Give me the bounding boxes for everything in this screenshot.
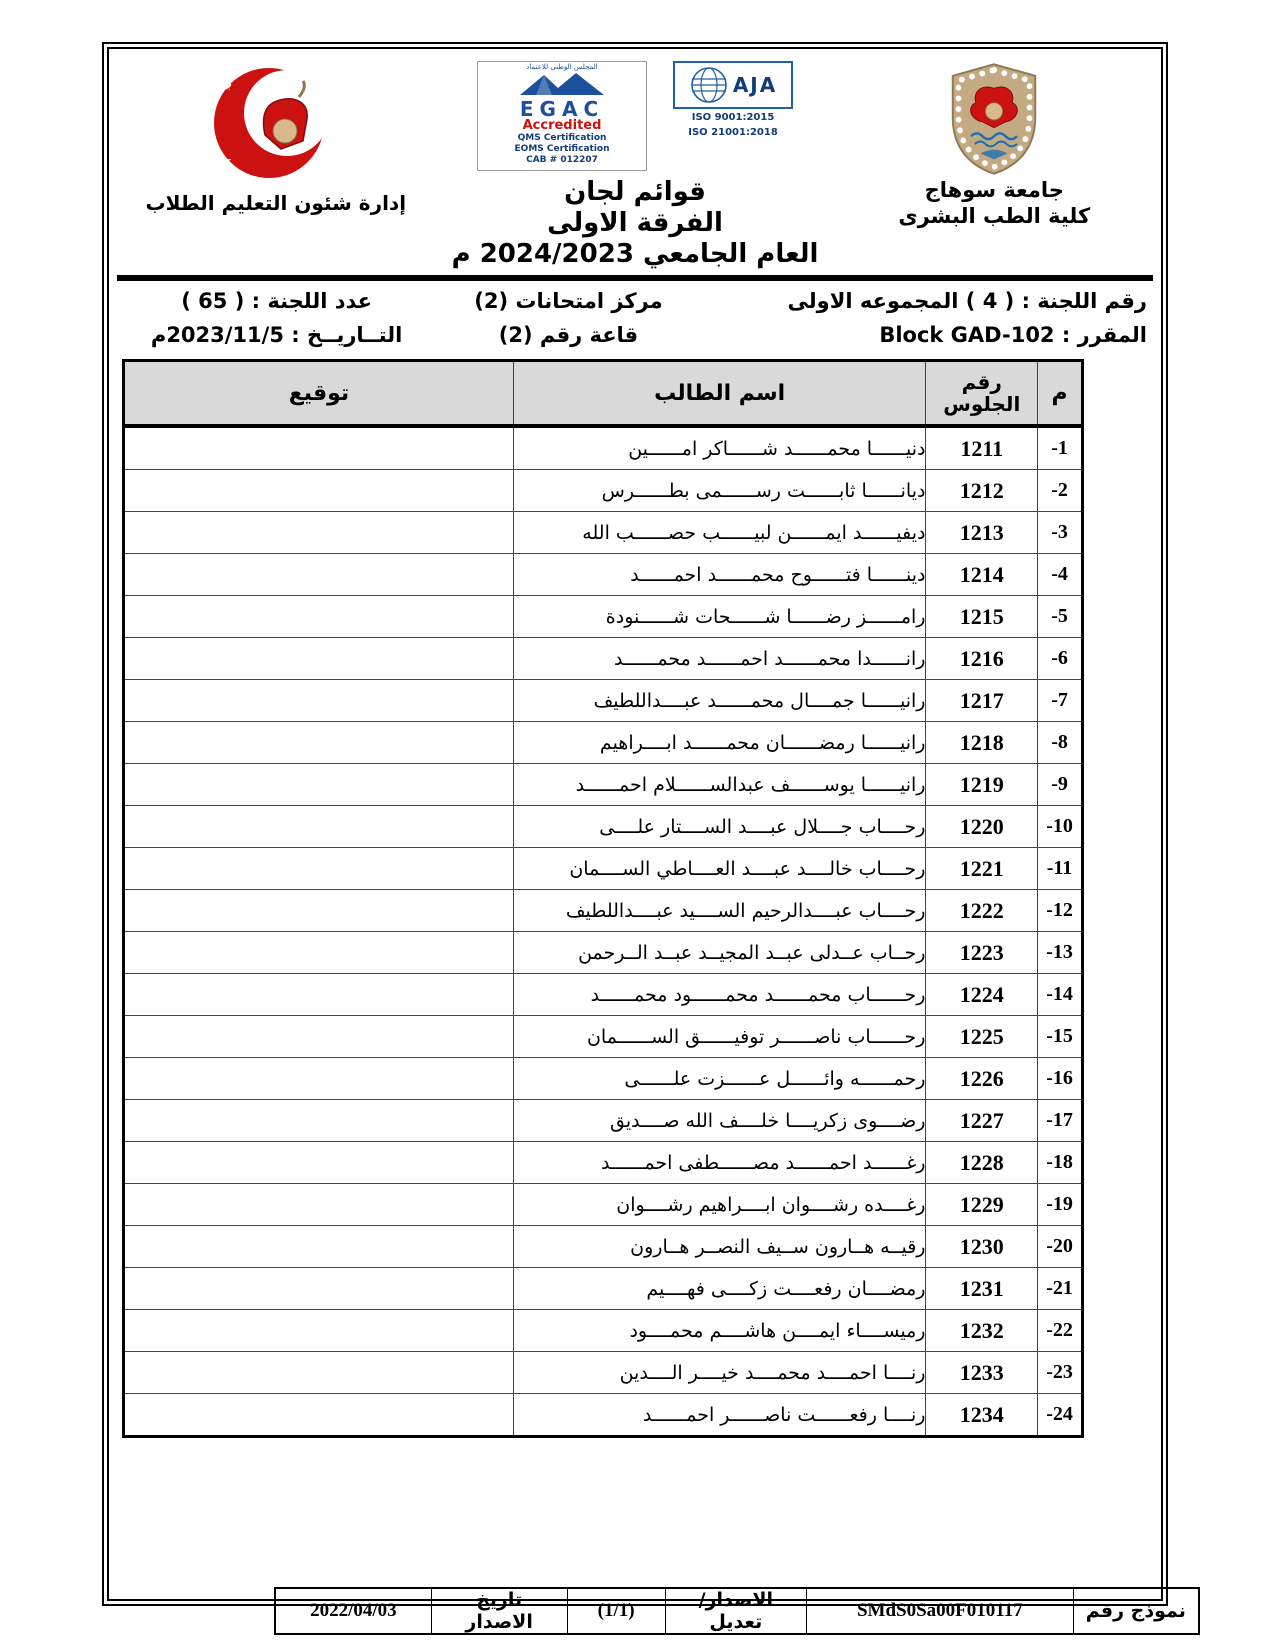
seat-number-cell: 1222 (926, 890, 1038, 932)
table-row: -14 1224 رحــــــاب محمــــــد محمــــــ… (124, 974, 1083, 1016)
seat-number: 1233 (960, 1360, 1004, 1385)
row-index: -17 (1046, 1109, 1073, 1131)
student-name: رمضــــان رفعــــت زكــــى فهــــيم (646, 1278, 925, 1300)
doc-title-1: قوائم لجان (452, 177, 819, 208)
student-name: رحــاب عــدلى عبــد المجيــد عبــد الــر… (578, 942, 925, 964)
issue-date-value: 2022/04/03 (275, 1588, 431, 1634)
student-name-cell: رامــــــز رضــــــا شــــــحات شــــــن… (513, 596, 926, 638)
seat-number: 1216 (960, 646, 1004, 671)
seat-number-cell: 1219 (926, 764, 1038, 806)
faculty-name: كلية الطب البشرى (898, 203, 1090, 229)
row-index: -9 (1051, 773, 1068, 795)
table-row: -21 1231 رمضــــان رفعــــت زكــــى فهــ… (124, 1268, 1083, 1310)
signature-cell (124, 512, 514, 554)
student-name-cell: رحــــاب جــــلال عبــــد الســــتار علـ… (513, 806, 926, 848)
signature-cell (124, 1100, 514, 1142)
title-block: المجلس الوطنى للاعتماد EGAC Accredited Q… (423, 61, 848, 269)
signature-cell (124, 680, 514, 722)
seat-number: 1213 (960, 520, 1004, 545)
signature-cell (124, 1016, 514, 1058)
document-titles: قوائم لجان الفرقة الاولى العام الجامعي 2… (452, 177, 819, 269)
university-block: جامعة سوهاج كلية الطب البشرى (848, 61, 1141, 269)
student-name: رميســــاء ايمــــن هاشــــم محمــــود (629, 1320, 925, 1342)
signature-cell (124, 1310, 514, 1352)
signature-cell (124, 470, 514, 512)
seat-number: 1223 (960, 940, 1004, 965)
page-border-inner: جامعة سوهاج كلية الطب البشرى المجلس الوط… (107, 47, 1163, 1601)
seat-number-cell: 1218 (926, 722, 1038, 764)
pyramid-icon (514, 71, 610, 97)
hall-number: قاعة رقم (2) (430, 323, 706, 347)
student-name-cell: رانــــــدا محمــــــد احمــــــد محمـــ… (513, 638, 926, 680)
signature-cell (124, 426, 514, 470)
row-index-cell: -20 (1038, 1226, 1083, 1268)
student-name-cell: ديفيــــــد ايمــــــن لبيــــــب حصــــ… (513, 512, 926, 554)
row-index: -18 (1046, 1151, 1073, 1173)
row-index-cell: -9 (1038, 764, 1083, 806)
student-name-cell: رمضــــان رفعــــت زكــــى فهــــيم (513, 1268, 926, 1310)
globe-icon (689, 65, 729, 105)
row-index: -22 (1046, 1319, 1073, 1341)
egac-cert-line3: CAB # 012207 (482, 155, 642, 166)
seat-number-cell: 1215 (926, 596, 1038, 638)
seat-number: 1232 (960, 1318, 1004, 1343)
student-name: ديانــــــا ثابــــــت رســــــمى بطــــ… (602, 480, 926, 502)
seat-number: 1214 (960, 562, 1004, 587)
egac-accredited: Accredited (482, 119, 642, 133)
seat-number-cell: 1216 (926, 638, 1038, 680)
row-index-cell: -21 (1038, 1268, 1083, 1310)
student-name: رحــــــاب ناصــــــر توفيــــــق الســـ… (587, 1026, 926, 1048)
signature-cell (124, 1226, 514, 1268)
egac-cert-line2: EOMS Certification (482, 144, 642, 155)
student-name-cell: رانيــــــا جمــــال محمــــــد عبــــدا… (513, 680, 926, 722)
student-name: رغــــده رشــــوان ابــــراهيم رشــــوان (616, 1194, 925, 1216)
student-name-cell: رغــــــد احمــــــد مصــــــطفى احمــــ… (513, 1142, 926, 1184)
row-index: -6 (1051, 647, 1068, 669)
student-name: رانــــــدا محمــــــد احمــــــد محمـــ… (614, 648, 926, 670)
row-index: -2 (1051, 479, 1068, 501)
row-index-cell: -10 (1038, 806, 1083, 848)
student-name-cell: رنــــا احمــــد محمــــد خيــــر الــــ… (513, 1352, 926, 1394)
seat-number: 1231 (960, 1276, 1004, 1301)
student-name-cell: رانيــــــا رمضــــــان محمــــــد ابـــ… (513, 722, 926, 764)
student-name-cell: دينــــــا فتــــــوح محمــــــد احمــــ… (513, 554, 926, 596)
row-index: -23 (1046, 1361, 1073, 1383)
student-name: رحمــــــه وائــــــل عــــــزت علــــــ… (624, 1068, 925, 1090)
revision-label: الاصدار/تعديل (665, 1588, 806, 1634)
student-name: رنــــا احمــــد محمــــد خيــــر الــــ… (620, 1362, 926, 1384)
row-index-cell: -22 (1038, 1310, 1083, 1352)
signature-cell (124, 890, 514, 932)
header-signature: توقيع (124, 361, 514, 427)
table-row: -24 1234 رنــــا رفعــــــت ناصــــــر ا… (124, 1394, 1083, 1437)
signature-cell (124, 806, 514, 848)
seat-number: 1211 (960, 436, 1003, 461)
table-row: -8 1218 رانيــــــا رمضــــــان محمـــــ… (124, 722, 1083, 764)
signature-cell (124, 722, 514, 764)
seat-number-cell: 1220 (926, 806, 1038, 848)
form-number-label: نموذج رقم (1073, 1588, 1199, 1634)
table-row: -5 1215 رامــــــز رضــــــا شــــــحات … (124, 596, 1083, 638)
seat-number-cell: 1224 (926, 974, 1038, 1016)
student-name-cell: رغــــده رشــــوان ابــــراهيم رشــــوان (513, 1184, 926, 1226)
table-row: -2 1212 ديانــــــا ثابــــــت رســــــم… (124, 470, 1083, 512)
row-index: -24 (1046, 1403, 1073, 1425)
course-code: المقرر : Block GAD-102 (707, 323, 1147, 347)
seat-number: 1222 (960, 898, 1004, 923)
seat-number: 1226 (960, 1066, 1004, 1091)
table-row: -20 1230 رقيــه هــارون ســيف النصــر هـ… (124, 1226, 1083, 1268)
row-index: -8 (1051, 731, 1068, 753)
exam-date: التــاريــخ : 2023/11/5م (123, 323, 430, 347)
table-row: -23 1233 رنــــا احمــــد محمــــد خيـــ… (124, 1352, 1083, 1394)
committee-number: رقم اللجنة : ( 4 ) المجموعه الاولى (707, 289, 1147, 313)
table-row: -15 1225 رحــــــاب ناصــــــر توفيـــــ… (124, 1016, 1083, 1058)
university-shield-logo (946, 61, 1042, 177)
seat-number-cell: 1233 (926, 1352, 1038, 1394)
signature-cell (124, 974, 514, 1016)
student-name: ديفيــــــد ايمــــــن لبيــــــب حصــــ… (582, 522, 925, 544)
student-name-cell: دنيــــــا محمــــــد شــــــاكر امـــــ… (513, 426, 926, 470)
student-name: رقيــه هــارون ســيف النصــر هــارون (630, 1236, 925, 1258)
row-index-cell: -7 (1038, 680, 1083, 722)
signature-cell (124, 1394, 514, 1437)
row-index: -4 (1051, 563, 1068, 585)
row-index: -15 (1046, 1025, 1073, 1047)
seat-number: 1221 (960, 856, 1004, 881)
student-name-cell: رقيــه هــارون ســيف النصــر هــارون (513, 1226, 926, 1268)
table-row: -18 1228 رغــــــد احمــــــد مصــــــطف… (124, 1142, 1083, 1184)
exam-info: رقم اللجنة : ( 4 ) المجموعه الاولى مركز … (109, 281, 1161, 349)
row-index: -13 (1046, 941, 1073, 963)
seat-number: 1220 (960, 814, 1004, 839)
signature-cell (124, 1352, 514, 1394)
table-row: -9 1219 رانيــــــا يوســــــف عبدالســـ… (124, 764, 1083, 806)
table-row: -1 1211 دنيــــــا محمــــــد شــــــاكر… (124, 426, 1083, 470)
seat-number: 1224 (960, 982, 1004, 1007)
seat-number-cell: 1228 (926, 1142, 1038, 1184)
revision-value: (1/1) (567, 1588, 665, 1634)
student-name-cell: رحــاب عــدلى عبــد المجيــد عبــد الــر… (513, 932, 926, 974)
table-row: -4 1214 دينــــــا فتــــــوح محمــــــد… (124, 554, 1083, 596)
issue-date-label: تاريخ الاصدار (431, 1588, 567, 1634)
seat-number-cell: 1229 (926, 1184, 1038, 1226)
row-index-cell: -11 (1038, 848, 1083, 890)
row-index-cell: -13 (1038, 932, 1083, 974)
signature-cell (124, 638, 514, 680)
seat-number-cell: 1227 (926, 1100, 1038, 1142)
header-seat-number: رقم الجلوس (926, 361, 1038, 427)
seat-number-cell: 1217 (926, 680, 1038, 722)
aja-box: AJA (673, 61, 793, 109)
seat-number-cell: 1234 (926, 1394, 1038, 1437)
row-index: -1 (1051, 437, 1068, 459)
header-student-name: اسم الطالب (513, 361, 926, 427)
table-row: -6 1216 رانــــــدا محمــــــد احمــــــ… (124, 638, 1083, 680)
table-row: -11 1221 رحــــاب خالــــد عبــــد العــ… (124, 848, 1083, 890)
student-name-cell: رحــــــاب محمــــــد محمــــــود محمـــ… (513, 974, 926, 1016)
form-number-code: SMdS0Sa00F010117 (807, 1588, 1074, 1634)
table-row: -17 1227 رضــــوى زكريــــا خلــــف الله… (124, 1100, 1083, 1142)
table-row: -13 1223 رحــاب عــدلى عبــد المجيــد عب… (124, 932, 1083, 974)
seat-number-cell: 1230 (926, 1226, 1038, 1268)
seat-number: 1215 (960, 604, 1004, 629)
row-index: -12 (1046, 899, 1073, 921)
committee-count: عدد اللجنة : ( 65 ) (123, 289, 430, 313)
seat-number-cell: 1213 (926, 512, 1038, 554)
row-index-cell: -4 (1038, 554, 1083, 596)
seat-number-cell: 1221 (926, 848, 1038, 890)
student-name: رانيــــــا يوســــــف عبدالســــــلام ا… (576, 774, 926, 796)
document-header: جامعة سوهاج كلية الطب البشرى المجلس الوط… (109, 49, 1161, 269)
table-row: -22 1232 رميســــاء ايمــــن هاشــــم مح… (124, 1310, 1083, 1352)
seat-number: 1225 (960, 1024, 1004, 1049)
seat-number: 1228 (960, 1150, 1004, 1175)
exam-center: مركز امتحانات (2) (430, 289, 706, 313)
seat-number: 1212 (960, 478, 1004, 503)
accreditation-badges: المجلس الوطنى للاعتماد EGAC Accredited Q… (477, 61, 793, 171)
table-row: -19 1229 رغــــده رشــــوان ابــــراهيم … (124, 1184, 1083, 1226)
doc-title-3: العام الجامعي 2024/2023 م (452, 239, 819, 270)
row-index: -20 (1046, 1235, 1073, 1257)
row-index-cell: -19 (1038, 1184, 1083, 1226)
row-index-cell: -2 (1038, 470, 1083, 512)
faculty-crescent-logo: جامعة سوهاج كلية الطب (181, 61, 371, 187)
table-row: -3 1213 ديفيــــــد ايمــــــن لبيــــــ… (124, 512, 1083, 554)
row-index: -5 (1051, 605, 1068, 627)
egac-arabic-text: المجلس الوطنى للاعتماد (482, 64, 642, 71)
row-index: -7 (1051, 689, 1068, 711)
student-name: رنــــا رفعــــــت ناصــــــر احمــــــد (643, 1404, 926, 1426)
department-name: إدارة شئون التعليم الطلاب (145, 191, 406, 215)
seat-number: 1217 (960, 688, 1004, 713)
row-index-cell: -14 (1038, 974, 1083, 1016)
student-name-cell: رميســــاء ايمــــن هاشــــم محمــــود (513, 1310, 926, 1352)
student-name: رغــــــد احمــــــد مصــــــطفى احمــــ… (601, 1152, 925, 1174)
seat-number: 1234 (960, 1402, 1004, 1427)
student-name: رانيــــــا جمــــال محمــــــد عبــــدا… (594, 690, 926, 712)
seat-number-cell: 1214 (926, 554, 1038, 596)
students-table: م رقم الجلوس اسم الطالب توقيع -1 1211 دن… (122, 359, 1084, 1438)
table-row: -7 1217 رانيــــــا جمــــال محمــــــد … (124, 680, 1083, 722)
seat-number: 1230 (960, 1234, 1004, 1259)
student-name: رانيــــــا رمضــــــان محمــــــد ابـــ… (600, 732, 926, 754)
student-name-cell: رحمــــــه وائــــــل عــــــزت علــــــ… (513, 1058, 926, 1100)
row-index: -11 (1047, 857, 1073, 879)
student-name-cell: رحــــاب عبــــدالرحيم الســــيد عبــــد… (513, 890, 926, 932)
row-index-cell: -12 (1038, 890, 1083, 932)
student-name-cell: رانيــــــا يوســــــف عبدالســــــلام ا… (513, 764, 926, 806)
student-name: دينــــــا فتــــــوح محمــــــد احمــــ… (630, 564, 925, 586)
row-index-cell: -23 (1038, 1352, 1083, 1394)
signature-cell (124, 932, 514, 974)
seat-number-cell: 1211 (926, 426, 1038, 470)
seat-number: 1218 (960, 730, 1004, 755)
row-index: -14 (1046, 983, 1073, 1005)
signature-cell (124, 1058, 514, 1100)
student-name-cell: رحــــاب خالــــد عبــــد العــــاطي الس… (513, 848, 926, 890)
aja-iso1: ISO 9001:2015 (673, 111, 793, 124)
students-table-body: -1 1211 دنيــــــا محمــــــد شــــــاكر… (124, 426, 1083, 1437)
row-index-cell: -24 (1038, 1394, 1083, 1437)
aja-badge: AJA ISO 9001:2015 ISO 21001:2018 (673, 61, 793, 139)
row-index: -21 (1046, 1277, 1073, 1299)
seat-number-cell: 1225 (926, 1016, 1038, 1058)
seat-number-cell: 1232 (926, 1310, 1038, 1352)
signature-cell (124, 554, 514, 596)
row-index: -10 (1046, 815, 1073, 837)
row-index-cell: -5 (1038, 596, 1083, 638)
row-index: -19 (1046, 1193, 1073, 1215)
seat-number: 1227 (960, 1108, 1004, 1133)
table-row: -16 1226 رحمــــــه وائــــــل عــــــزت… (124, 1058, 1083, 1100)
student-name-cell: ديانــــــا ثابــــــت رســــــمى بطــــ… (513, 470, 926, 512)
student-name: رامــــــز رضــــــا شــــــحات شــــــن… (606, 606, 926, 628)
signature-cell (124, 764, 514, 806)
egac-cert-line1: QMS Certification (482, 133, 642, 144)
seat-number-cell: 1223 (926, 932, 1038, 974)
row-index-cell: -1 (1038, 426, 1083, 470)
row-index-cell: -16 (1038, 1058, 1083, 1100)
egac-badge: المجلس الوطنى للاعتماد EGAC Accredited Q… (477, 61, 647, 171)
department-block: جامعة سوهاج كلية الطب إدارة شئون التعليم… (129, 61, 422, 269)
row-index: -16 (1046, 1067, 1073, 1089)
header-index: م (1038, 361, 1083, 427)
signature-cell (124, 1268, 514, 1310)
aja-name: AJA (733, 73, 777, 97)
row-index-cell: -17 (1038, 1100, 1083, 1142)
seat-number-cell: 1226 (926, 1058, 1038, 1100)
student-name: رحــــاب عبــــدالرحيم الســــيد عبــــد… (566, 900, 926, 922)
student-name: رحــــاب جــــلال عبــــد الســــتار علـ… (599, 816, 925, 838)
row-index-cell: -15 (1038, 1016, 1083, 1058)
page-border: جامعة سوهاج كلية الطب البشرى المجلس الوط… (102, 42, 1168, 1606)
document-page: جامعة سوهاج كلية الطب البشرى المجلس الوط… (0, 0, 1275, 1650)
student-name: دنيــــــا محمــــــد شــــــاكر امـــــ… (628, 438, 925, 460)
row-index-cell: -3 (1038, 512, 1083, 554)
seat-number: 1219 (960, 772, 1004, 797)
doc-title-2: الفرقة الاولى (452, 208, 819, 239)
footer-table: نموذج رقم SMdS0Sa00F010117 الاصدار/تعديل… (274, 1587, 1200, 1635)
student-name: رضــــوى زكريــــا خلــــف الله صــــديق (610, 1110, 926, 1132)
student-name-cell: رنــــا رفعــــــت ناصــــــر احمــــــد (513, 1394, 926, 1437)
row-index-cell: -6 (1038, 638, 1083, 680)
row-index-cell: -18 (1038, 1142, 1083, 1184)
table-row: -10 1220 رحــــاب جــــلال عبــــد الســ… (124, 806, 1083, 848)
student-name-cell: رضــــوى زكريــــا خلــــف الله صــــديق (513, 1100, 926, 1142)
seat-number: 1229 (960, 1192, 1004, 1217)
signature-cell (124, 1142, 514, 1184)
row-index: -3 (1051, 521, 1068, 543)
document-footer: نموذج رقم SMdS0Sa00F010117 الاصدار/تعديل… (274, 1587, 1200, 1635)
seat-number-cell: 1212 (926, 470, 1038, 512)
signature-cell (124, 1184, 514, 1226)
row-index-cell: -8 (1038, 722, 1083, 764)
student-name: رحــــاب خالــــد عبــــد العــــاطي الس… (569, 858, 925, 880)
student-name-cell: رحــــــاب ناصــــــر توفيــــــق الســـ… (513, 1016, 926, 1058)
university-name: جامعة سوهاج (925, 177, 1064, 203)
egac-name: EGAC (482, 99, 642, 119)
signature-cell (124, 848, 514, 890)
student-name: رحــــــاب محمــــــد محمــــــود محمـــ… (591, 984, 926, 1006)
aja-iso2: ISO 21001:2018 (673, 126, 793, 139)
table-row: -12 1222 رحــــاب عبــــدالرحيم الســــي… (124, 890, 1083, 932)
students-table-header: م رقم الجلوس اسم الطالب توقيع (124, 361, 1083, 427)
seat-number-cell: 1231 (926, 1268, 1038, 1310)
signature-cell (124, 596, 514, 638)
